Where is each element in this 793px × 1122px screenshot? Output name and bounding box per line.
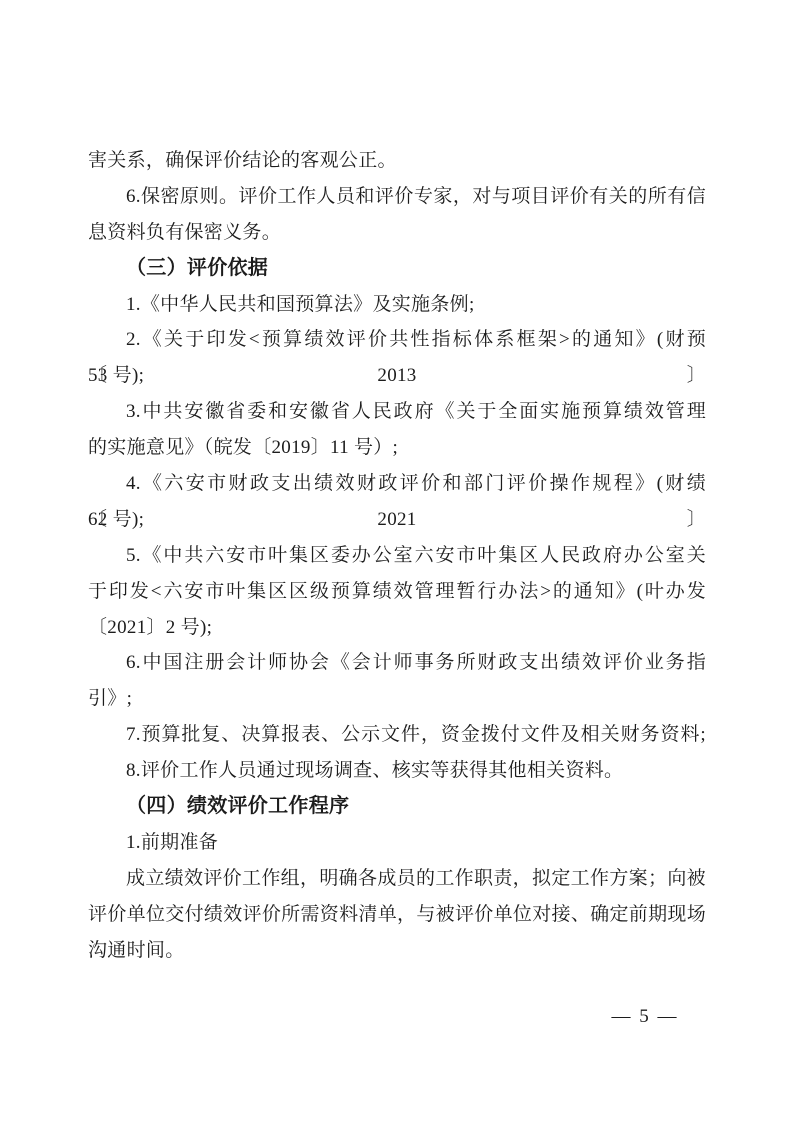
text-line: 3.中共安徽省委和安徽省人民政府《关于全面实施预算绩效管理 xyxy=(88,394,706,430)
text-line: 成立绩效评价工作组，明确各成员的工作职责，拟定工作方案；向被 xyxy=(88,861,706,897)
text-line: 4.《六安市财政支出绩效财政评价和部门评价操作规程》(财绩〔2021〕 xyxy=(88,466,706,502)
text-line: 息资料负有保密义务。 xyxy=(88,215,706,251)
text-line: 引》; xyxy=(88,681,706,717)
text-line: 2.《关于印发<预算绩效评价共性指标体系框架>的通知》(财预〔2013〕 xyxy=(88,322,706,358)
text-line: 1.前期准备 xyxy=(88,825,706,861)
text-line: 6.保密原则。评价工作人员和评价专家，对与项目评价有关的所有信 xyxy=(88,179,706,215)
text-line: 评价单位交付绩效评价所需资料清单，与被评价单位对接、确定前期现场 xyxy=(88,897,706,933)
text-line: 于印发<六安市叶集区区级预算绩效管理暂行办法>的通知》(叶办发 xyxy=(88,574,706,610)
text-line: 1.《中华人民共和国预算法》及实施条例; xyxy=(88,287,706,323)
text-line: 6.中国注册会计师协会《会计师事务所财政支出绩效评价业务指 xyxy=(88,645,706,681)
section-heading: （三）评价依据 xyxy=(88,251,706,287)
page-number: — 5 — xyxy=(599,1003,691,1031)
text-line: 7.预算批复、决算报表、公示文件，资金拨付文件及相关财务资料; xyxy=(88,717,706,753)
section-heading: （四）绩效评价工作程序 xyxy=(88,789,706,825)
text-line: 害关系，确保评价结论的客观公正。 xyxy=(88,143,706,179)
document-body: 害关系，确保评价结论的客观公正。6.保密原则。评价工作人员和评价专家，对与项目评… xyxy=(88,143,706,968)
text-line: 〔2021〕2 号); xyxy=(88,610,706,646)
text-line: 的实施意见》（皖发〔2019〕11 号）; xyxy=(88,430,706,466)
document-page: 害关系，确保评价结论的客观公正。6.保密原则。评价工作人员和评价专家，对与项目评… xyxy=(0,0,793,1122)
text-line: 沟通时间。 xyxy=(88,933,706,969)
text-line: 8.评价工作人员通过现场调查、核实等获得其他相关资料。 xyxy=(88,753,706,789)
text-line: 5.《中共六安市叶集区委办公室六安市叶集区人民政府办公室关 xyxy=(88,538,706,574)
